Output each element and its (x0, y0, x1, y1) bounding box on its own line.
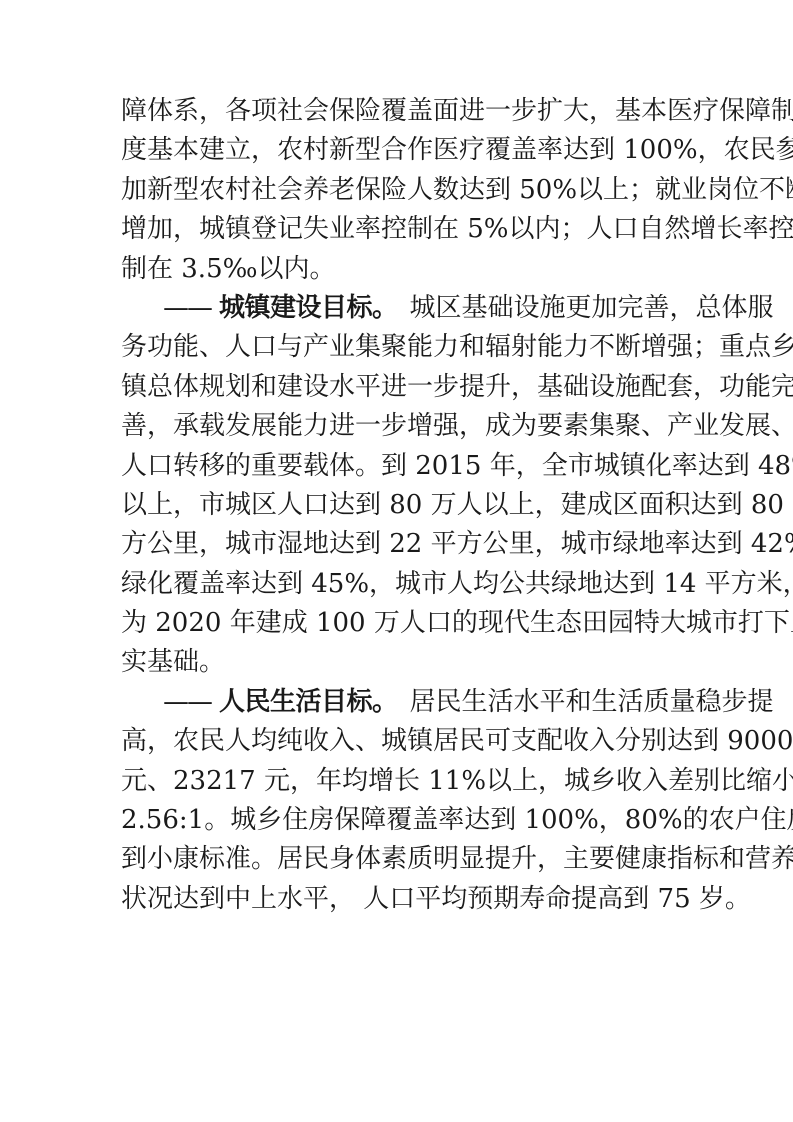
section-heading: 人民生活目标。 (219, 687, 398, 717)
text-line: 镇总体规划和建设水平进一步提升，基础设施配套，功能完 (121, 368, 669, 407)
heading-line: ——人民生活目标。居民生活水平和生活质量稳步提 (121, 683, 669, 722)
em-dash: —— (163, 293, 211, 323)
text-line: 度基本建立，农村新型合作医疗覆盖率达到 100%，农民参 (121, 131, 669, 170)
text-line: 人口转移的重要载体。到 2015 年，全市城镇化率达到 48% (121, 447, 669, 486)
text-line: 高，农民人均纯收入、城镇居民可支配收入分别达到 9000 (121, 722, 669, 761)
text-line: 为 2020 年建成 100 万人口的现代生态田园特大城市打下坚 (121, 604, 669, 643)
text-line: 实基础。 (121, 643, 669, 682)
em-dash: —— (163, 687, 211, 717)
text-line: 元、23217 元，年均增长 11%以上，城乡收入差别比缩小到 (121, 762, 669, 801)
text-line: 制在 3.5‰以内。 (121, 250, 669, 289)
text-line: 增加，城镇登记失业率控制在 5%以内；人口自然增长率控 (121, 210, 669, 249)
paragraph-people-livelihood: ——人民生活目标。居民生活水平和生活质量稳步提 高，农民人均纯收入、城镇居民可支… (121, 683, 669, 919)
paragraph-urban-construction: ——城镇建设目标。城区基础设施更加完善，总体服 务功能、人口与产业集聚能力和辐射… (121, 289, 669, 683)
heading-line: ——城镇建设目标。城区基础设施更加完善，总体服 (121, 289, 669, 328)
text-line: 善，承载发展能力进一步增强，成为要素集聚、产业发展、 (121, 407, 669, 446)
text-line: 方公里，城市湿地达到 22 平方公里，城市绿地率达到 42%， (121, 525, 669, 564)
text-line: 到小康标准。居民身体素质明显提升，主要健康指标和营养 (121, 840, 669, 879)
text-line: 务功能、人口与产业集聚能力和辐射能力不断增强；重点乡 (121, 328, 669, 367)
paragraph-social-security: 障体系，各项社会保险覆盖面进一步扩大，基本医疗保障制 度基本建立，农村新型合作医… (121, 92, 669, 289)
text-line: 以上，市城区人口达到 80 万人以上，建成区面积达到 80 平 (121, 486, 669, 525)
text-line: 状况达到中上水平， 人口平均预期寿命提高到 75 岁。 (121, 880, 669, 919)
heading-line-text: 居民生活水平和生活质量稳步提 (410, 687, 774, 717)
document-page: 障体系，各项社会保险覆盖面进一步扩大，基本医疗保障制 度基本建立，农村新型合作医… (121, 92, 669, 919)
heading-line-text: 城区基础设施更加完善，总体服 (410, 293, 774, 323)
text-line: 绿化覆盖率达到 45%，城市人均公共绿地达到 14 平方米， (121, 565, 669, 604)
text-line: 障体系，各项社会保险覆盖面进一步扩大，基本医疗保障制 (121, 92, 669, 131)
text-line: 2.56:1。城乡住房保障覆盖率达到 100%，80%的农户住房达 (121, 801, 669, 840)
section-heading: 城镇建设目标。 (219, 293, 398, 323)
text-line: 加新型农村社会养老保险人数达到 50%以上；就业岗位不断 (121, 171, 669, 210)
